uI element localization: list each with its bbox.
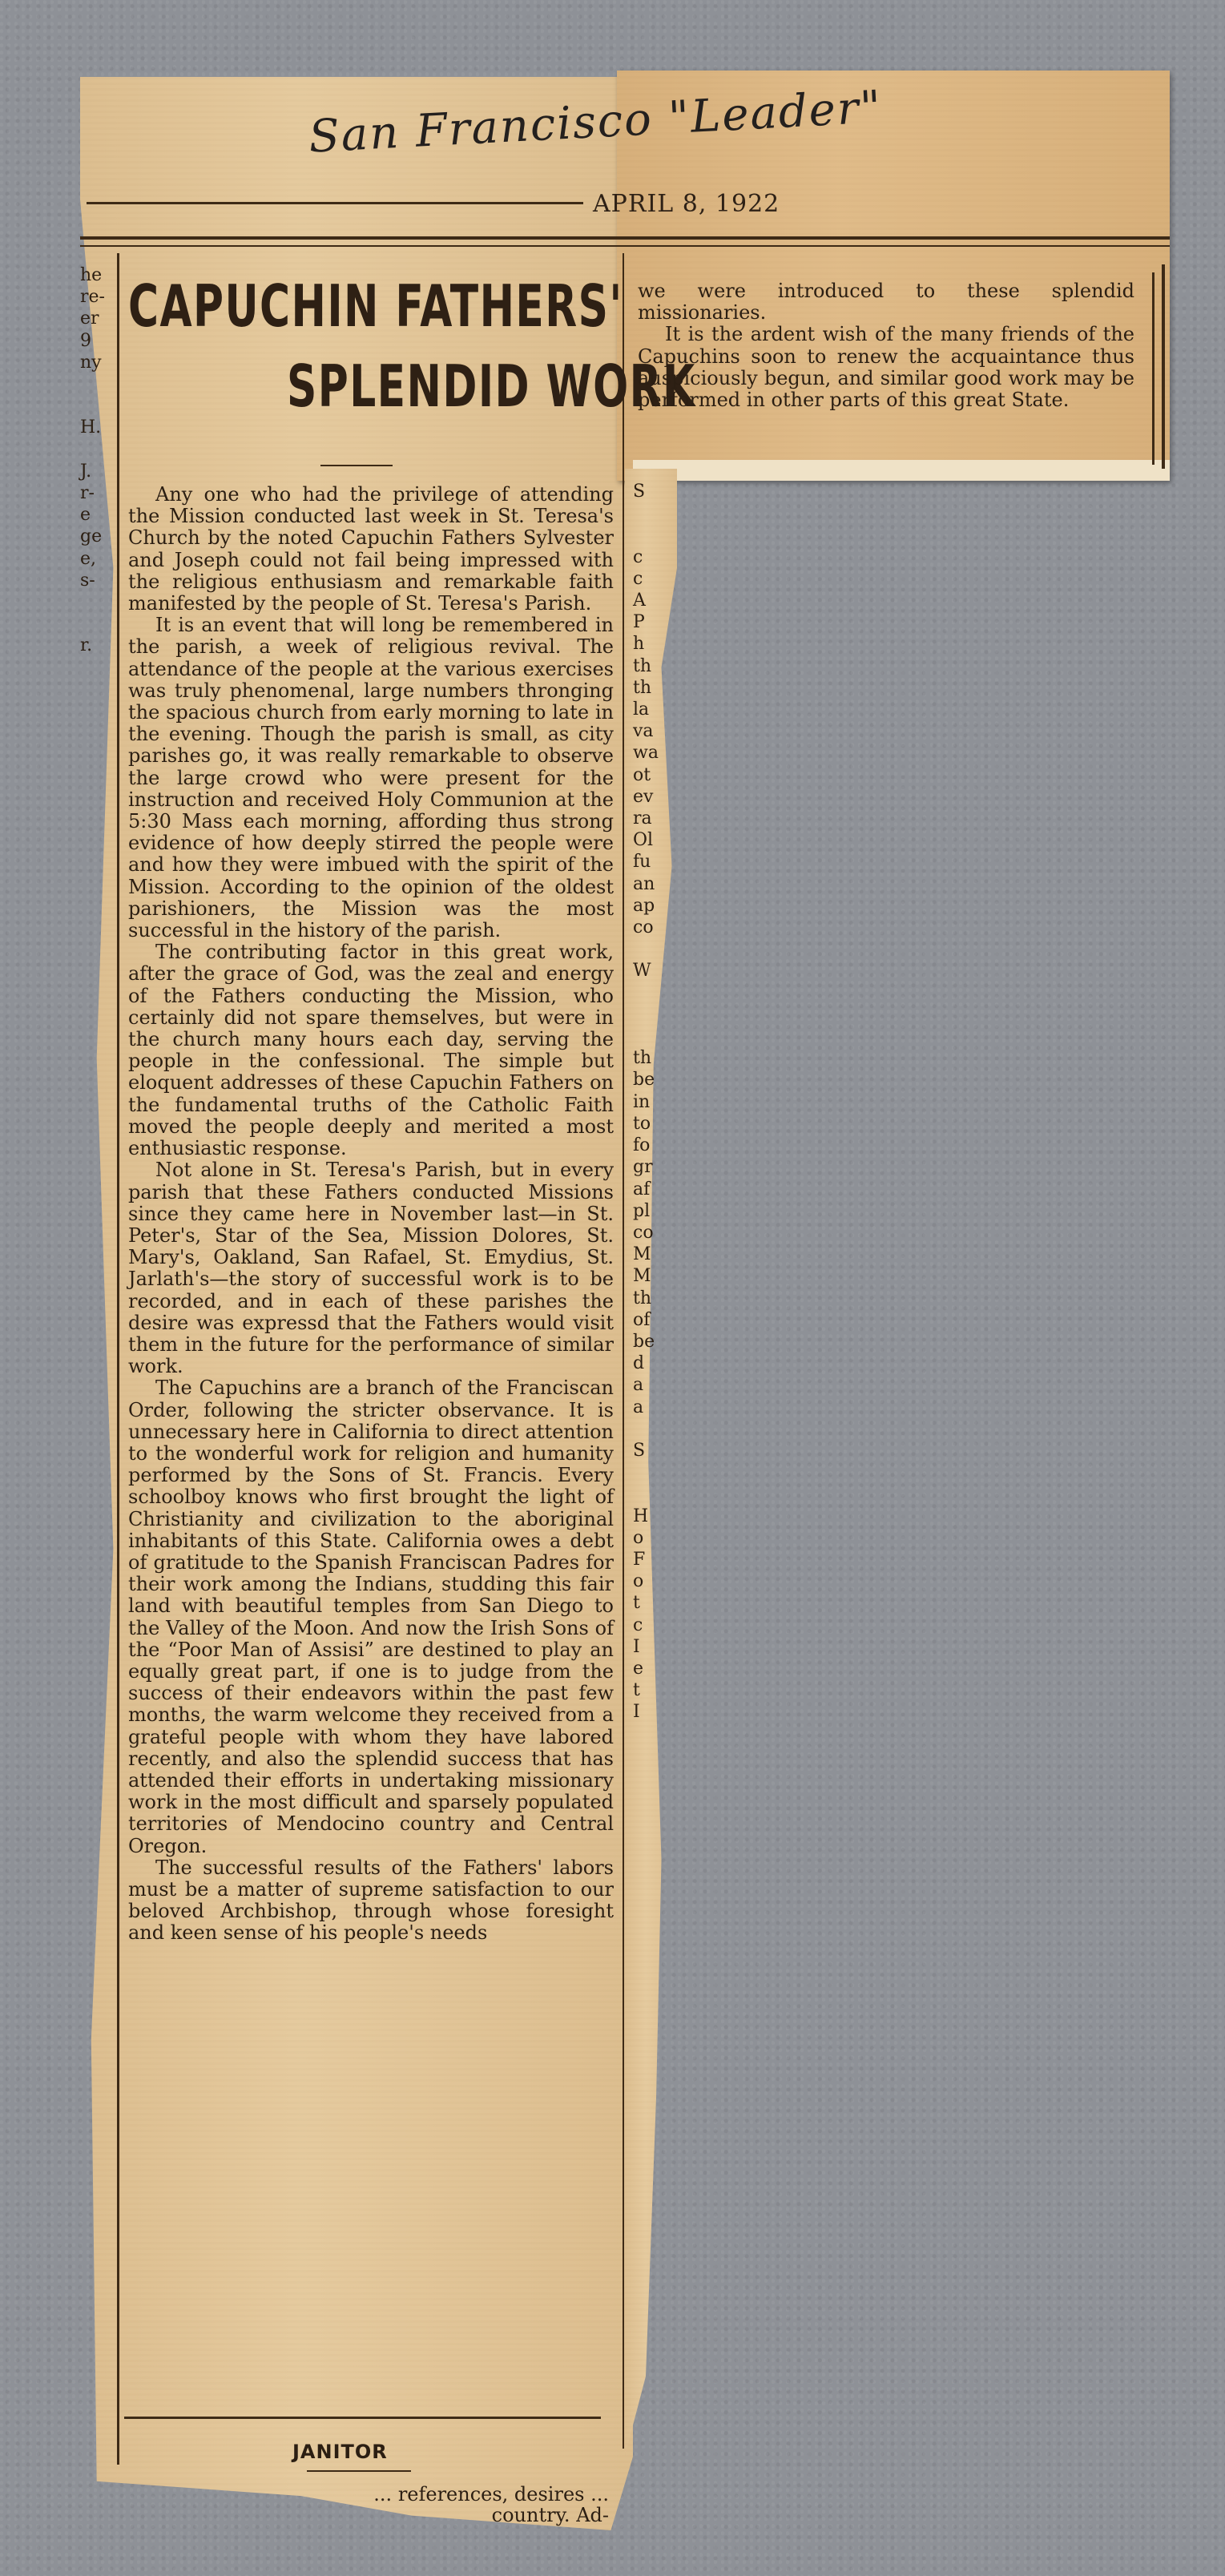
article-body: Any one who had the privilege of attendi… xyxy=(128,484,614,1945)
classified-divider xyxy=(307,2470,411,2472)
paragraph: The contributing factor in this great wo… xyxy=(128,941,614,1159)
headline-divider xyxy=(320,465,393,466)
paragraph: It is an event that will long be remembe… xyxy=(128,615,614,941)
headline-line-1: CAPUCHIN FATHERS' xyxy=(128,272,623,340)
paragraph: It is the ardent wish of the many friend… xyxy=(638,324,1134,411)
masthead-rule-left xyxy=(87,202,583,204)
masthead-rule-double-1 xyxy=(80,236,1170,240)
column-rule-left xyxy=(117,253,119,2465)
paragraph: Not alone in St. Teresa's Parish, but in… xyxy=(128,1159,614,1377)
right-column-fragment: S c c A P h th th la va wa ot ev ra Ol f… xyxy=(633,481,659,1723)
paragraph: The successful results of the Fathers' l… xyxy=(128,1857,614,1945)
paragraph: Any one who had the privilege of attendi… xyxy=(128,484,614,615)
article-continuation: we were introduced to these splendid mis… xyxy=(638,280,1134,411)
headline-line-2: SPLENDID WORK xyxy=(287,353,696,420)
dateline: APRIL 8, 1922 xyxy=(593,190,780,218)
classified-heading: JANITOR xyxy=(292,2441,388,2463)
paragraph: The Capuchins are a branch of the Franci… xyxy=(128,1377,614,1856)
left-column-fragment: he re- er 9 ny H. J. r- e ge e, s- r. xyxy=(80,264,105,744)
torn-edge xyxy=(633,460,1170,481)
column-rule-mid xyxy=(623,253,624,2449)
classified-text: ... references, desires ... country. Ad- xyxy=(336,2484,609,2526)
column-rule-right-2 xyxy=(1162,264,1165,469)
paragraph: we were introduced to these splendid mis… xyxy=(638,280,1134,324)
masthead-rule-double-2 xyxy=(80,245,1170,247)
column-rule-right-1 xyxy=(1152,272,1154,465)
section-divider xyxy=(124,2417,601,2419)
